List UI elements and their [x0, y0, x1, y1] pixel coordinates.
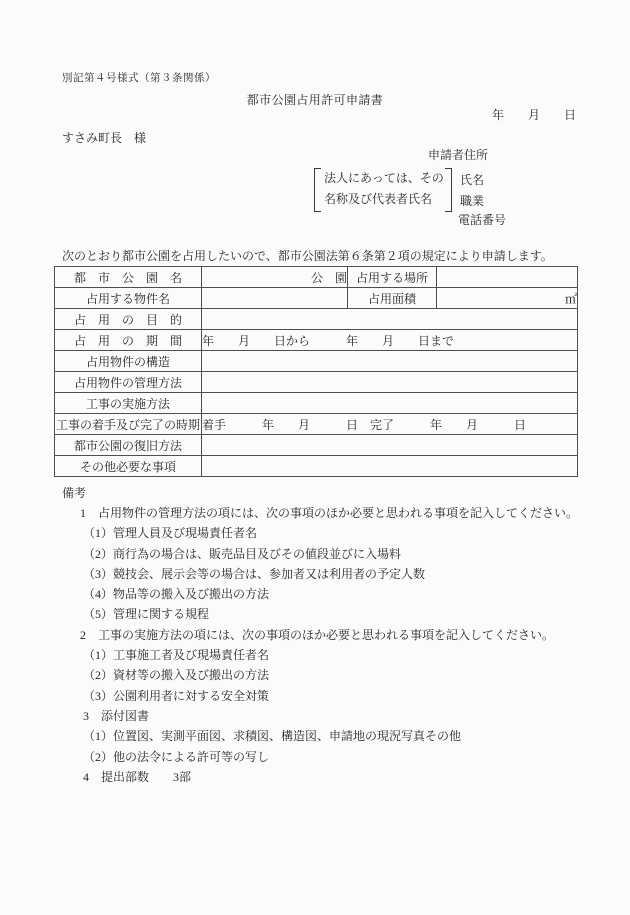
remark-line: （3）公園利用者に対する安全対策 [83, 686, 578, 706]
other-items-label: その他必要な事項 [55, 456, 202, 477]
remarks-section: 備考 1 占用物件の管理方法の項には、次の事項のほか必要と思われる事項を記入して… [62, 483, 578, 787]
remark-line: （5）管理に関する規程 [83, 604, 578, 624]
remark-line: （1）管理人員及び現場責任者名 [83, 523, 578, 543]
occupancy-area-value-cell: ㎡ [437, 288, 578, 309]
row-purpose: 占 用 の 目 的 [55, 309, 578, 330]
row-other: その他必要な事項 [55, 456, 578, 477]
park-name-value-cell: 公 園 [202, 267, 348, 288]
application-table: 都 市 公 園 名 公 園 占用する場所 占用する物件名 占用面積 ㎡ 占 用 … [54, 266, 578, 477]
row-period: 占 用 の 期 間 年 月 日から 年 月 日まで [55, 330, 578, 351]
remark-line: （1）位置図、実測平面図、求積図、構造図、申請地の現況写真その他 [83, 726, 578, 746]
restoration-value-cell [202, 435, 578, 456]
timing-label: 工事の着手及び完了の時期 [55, 414, 202, 435]
remark-line: （2）資材等の搬入及び搬出の方法 [83, 665, 578, 685]
row-restoration: 都市公園の復旧方法 [55, 435, 578, 456]
timing-value-cell: 着手 年 月 日 完了 年 月 日 [202, 414, 578, 435]
period-value-cell: 年 月 日から 年 月 日まで [202, 330, 578, 351]
applicant-address-label: 申請者住所 [428, 146, 488, 163]
row-management: 占用物件の管理方法 [55, 372, 578, 393]
restoration-label: 都市公園の復旧方法 [55, 435, 202, 456]
intro-text: 次のとおり都市公園を占用したいので、都市公園法第６条第２項の規定により申請します… [62, 247, 553, 264]
addressee: すさみ町長 様 [62, 129, 146, 146]
row-timing: 工事の着手及び完了の時期 着手 年 月 日 完了 年 月 日 [55, 414, 578, 435]
applicant-occupation-label: 職業 [460, 192, 484, 209]
row-object-name: 占用する物件名 占用面積 ㎡ [55, 288, 578, 309]
construction-label: 工事の実施方法 [55, 393, 202, 414]
corporate-note-line2: 名称及び代表者氏名 [314, 189, 452, 210]
remark-line: 4 提出部数 3部 [83, 767, 578, 787]
remark-line: 3 添付図書 [83, 706, 578, 726]
corporate-note-bracket: 法人にあっては、その 名称及び代表者氏名 [314, 168, 452, 212]
remark-line: 2 工事の実施方法の項には、次の事項のほか必要と思われる事項を記入してください。 [80, 625, 578, 645]
remark-line: （2）商行為の場合は、販売品目及びその値段並びに入場料 [83, 544, 578, 564]
park-name-label: 都 市 公 園 名 [55, 267, 202, 288]
occupancy-location-value-cell [437, 267, 578, 288]
construction-value-cell [202, 393, 578, 414]
purpose-label: 占 用 の 目 的 [55, 309, 202, 330]
other-items-value-cell [202, 456, 578, 477]
purpose-value-cell [202, 309, 578, 330]
remark-line: （4）物品等の搬入及び搬出の方法 [83, 584, 578, 604]
row-structure: 占用物件の構造 [55, 351, 578, 372]
form-number: 別記第４号様式（第３条関係） [62, 70, 216, 85]
remark-line: （1）工事施工者及び現場責任者名 [83, 645, 578, 665]
remarks-label: 備考 [62, 483, 578, 503]
document-page: 別記第４号様式（第３条関係） 都市公園占用許可申請書 年 月 日 すさみ町長 様… [0, 0, 630, 915]
occupancy-area-label: 占用面積 [348, 288, 437, 309]
object-name-label: 占用する物件名 [55, 288, 202, 309]
date-line: 年 月 日 [492, 106, 576, 123]
remark-line: （3）競技会、展示会等の場合は、参加者又は利用者の予定人数 [83, 564, 578, 584]
structure-label: 占用物件の構造 [55, 351, 202, 372]
row-construction: 工事の実施方法 [55, 393, 578, 414]
remark-line: （2）他の法令による許可等の写し [83, 747, 578, 767]
period-label: 占 用 の 期 間 [55, 330, 202, 351]
corporate-note-line1: 法人にあっては、その [314, 168, 452, 189]
object-name-value-cell [202, 288, 348, 309]
occupancy-location-label: 占用する場所 [348, 267, 437, 288]
remark-line: 1 占用物件の管理方法の項には、次の事項のほか必要と思われる事項を記入してくださ… [80, 503, 578, 523]
management-value-cell [202, 372, 578, 393]
structure-value-cell [202, 351, 578, 372]
row-park-name: 都 市 公 園 名 公 園 占用する場所 [55, 267, 578, 288]
management-label: 占用物件の管理方法 [55, 372, 202, 393]
applicant-name-label: 氏名 [460, 171, 484, 188]
applicant-phone-label: 電話番号 [458, 211, 506, 228]
